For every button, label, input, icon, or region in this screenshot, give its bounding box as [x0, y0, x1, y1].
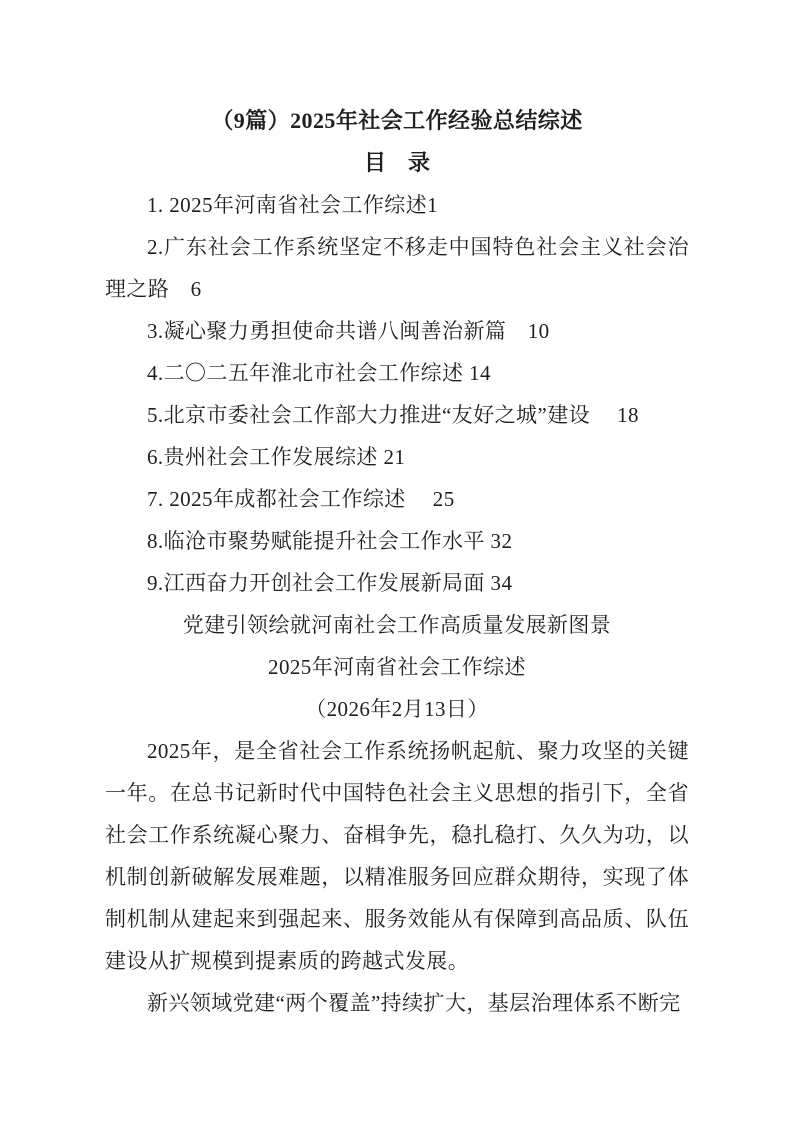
- article-subheadline: 2025年河南省社会工作综述: [105, 646, 689, 688]
- toc-list: 1. 2025年河南省社会工作综述1 2.广东社会工作系统坚定不移走中国特色社会…: [105, 184, 689, 604]
- toc-item-6: 6.贵州社会工作发展综述 21: [105, 436, 689, 478]
- body-paragraph-2: 新兴领域党建“两个覆盖”持续扩大，基层治理体系不断完: [105, 982, 689, 1024]
- toc-item-4: 4.二〇二五年淮北市社会工作综述 14: [105, 352, 689, 394]
- toc-item-5: 5.北京市委社会工作部大力推进“友好之城”建设 18: [105, 394, 689, 436]
- article-dateline: （2026年2月13日）: [105, 688, 689, 730]
- toc-item-9: 9.江西奋力开创社会工作发展新局面 34: [105, 562, 689, 604]
- article-headline: 党建引领绘就河南社会工作高质量发展新图景: [105, 604, 689, 646]
- document-title: （9篇）2025年社会工作经验总结综述: [105, 100, 689, 142]
- document-page: （9篇）2025年社会工作经验总结综述 目 录 1. 2025年河南省社会工作综…: [0, 0, 793, 1122]
- toc-item-1: 1. 2025年河南省社会工作综述1: [105, 184, 689, 226]
- toc-item-2: 2.广东社会工作系统坚定不移走中国特色社会主义社会治理之路 6: [105, 226, 689, 310]
- toc-item-8: 8.临沧市聚势赋能提升社会工作水平 32: [105, 520, 689, 562]
- toc-heading: 目 录: [105, 142, 689, 184]
- toc-item-7: 7. 2025年成都社会工作综述 25: [105, 478, 689, 520]
- toc-item-3: 3.凝心聚力勇担使命共谱八闽善治新篇 10: [105, 310, 689, 352]
- body-paragraph-1: 2025年，是全省社会工作系统扬帆起航、聚力攻坚的关键一年。在总书记新时代中国特…: [105, 730, 689, 982]
